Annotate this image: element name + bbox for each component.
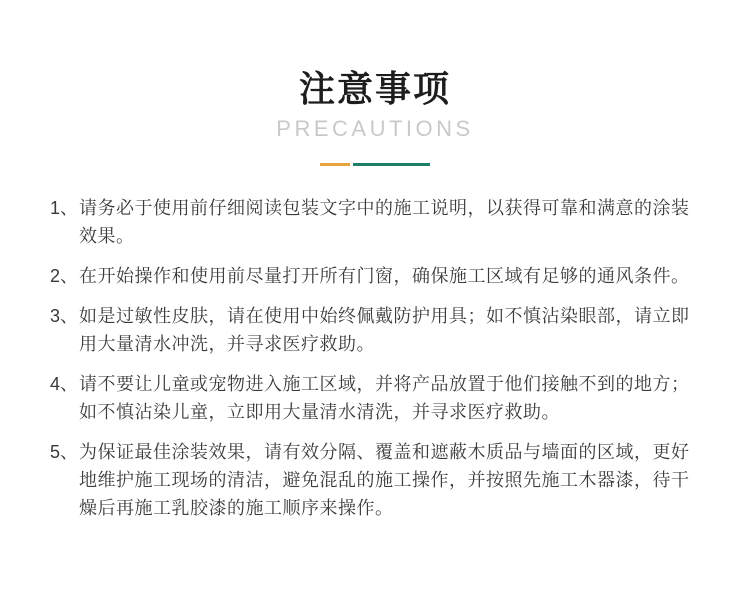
page-subtitle: PRECAUTIONS: [0, 117, 750, 141]
item-number: 3、: [50, 302, 79, 358]
precautions-page: 注意事项 PRECAUTIONS 1、 请务必于使用前仔细阅读包装文字中的施工说…: [0, 0, 750, 594]
header: 注意事项 PRECAUTIONS: [0, 0, 750, 166]
precaution-list: 1、 请务必于使用前仔细阅读包装文字中的施工说明，以获得可靠和满意的涂装 效果。…: [0, 194, 750, 522]
title-divider: [320, 163, 430, 166]
divider-left-segment: [320, 163, 350, 166]
item-number: 5、: [50, 438, 79, 522]
list-item: 2、 在开始操作和使用前尽量打开所有门窗，确保施工区域有足够的通风条件。: [50, 262, 710, 290]
list-item: 3、 如是过敏性皮肤，请在使用中始终佩戴防护用具；如不慎沾染眼部，请立即 用大量…: [50, 302, 710, 358]
list-item: 4、 请不要让儿童或宠物进入施工区域，并将产品放置于他们接触不到的地方； 如不慎…: [50, 370, 710, 426]
divider-right-segment: [353, 163, 430, 166]
item-text: 在开始操作和使用前尽量打开所有门窗，确保施工区域有足够的通风条件。: [79, 262, 710, 290]
item-number: 4、: [50, 370, 79, 426]
page-title: 注意事项: [0, 69, 750, 109]
item-number: 2、: [50, 262, 79, 290]
list-item: 1、 请务必于使用前仔细阅读包装文字中的施工说明，以获得可靠和满意的涂装 效果。: [50, 194, 710, 250]
item-text: 请务必于使用前仔细阅读包装文字中的施工说明，以获得可靠和满意的涂装 效果。: [79, 194, 710, 250]
item-text: 如是过敏性皮肤，请在使用中始终佩戴防护用具；如不慎沾染眼部，请立即 用大量清水冲…: [79, 302, 710, 358]
item-text: 为保证最佳涂装效果，请有效分隔、覆盖和遮蔽木质品与墙面的区域，更好 地维护施工现…: [79, 438, 710, 522]
item-number: 1、: [50, 194, 79, 250]
item-text: 请不要让儿童或宠物进入施工区域，并将产品放置于他们接触不到的地方； 如不慎沾染儿…: [79, 370, 710, 426]
list-item: 5、 为保证最佳涂装效果，请有效分隔、覆盖和遮蔽木质品与墙面的区域，更好 地维护…: [50, 438, 710, 522]
